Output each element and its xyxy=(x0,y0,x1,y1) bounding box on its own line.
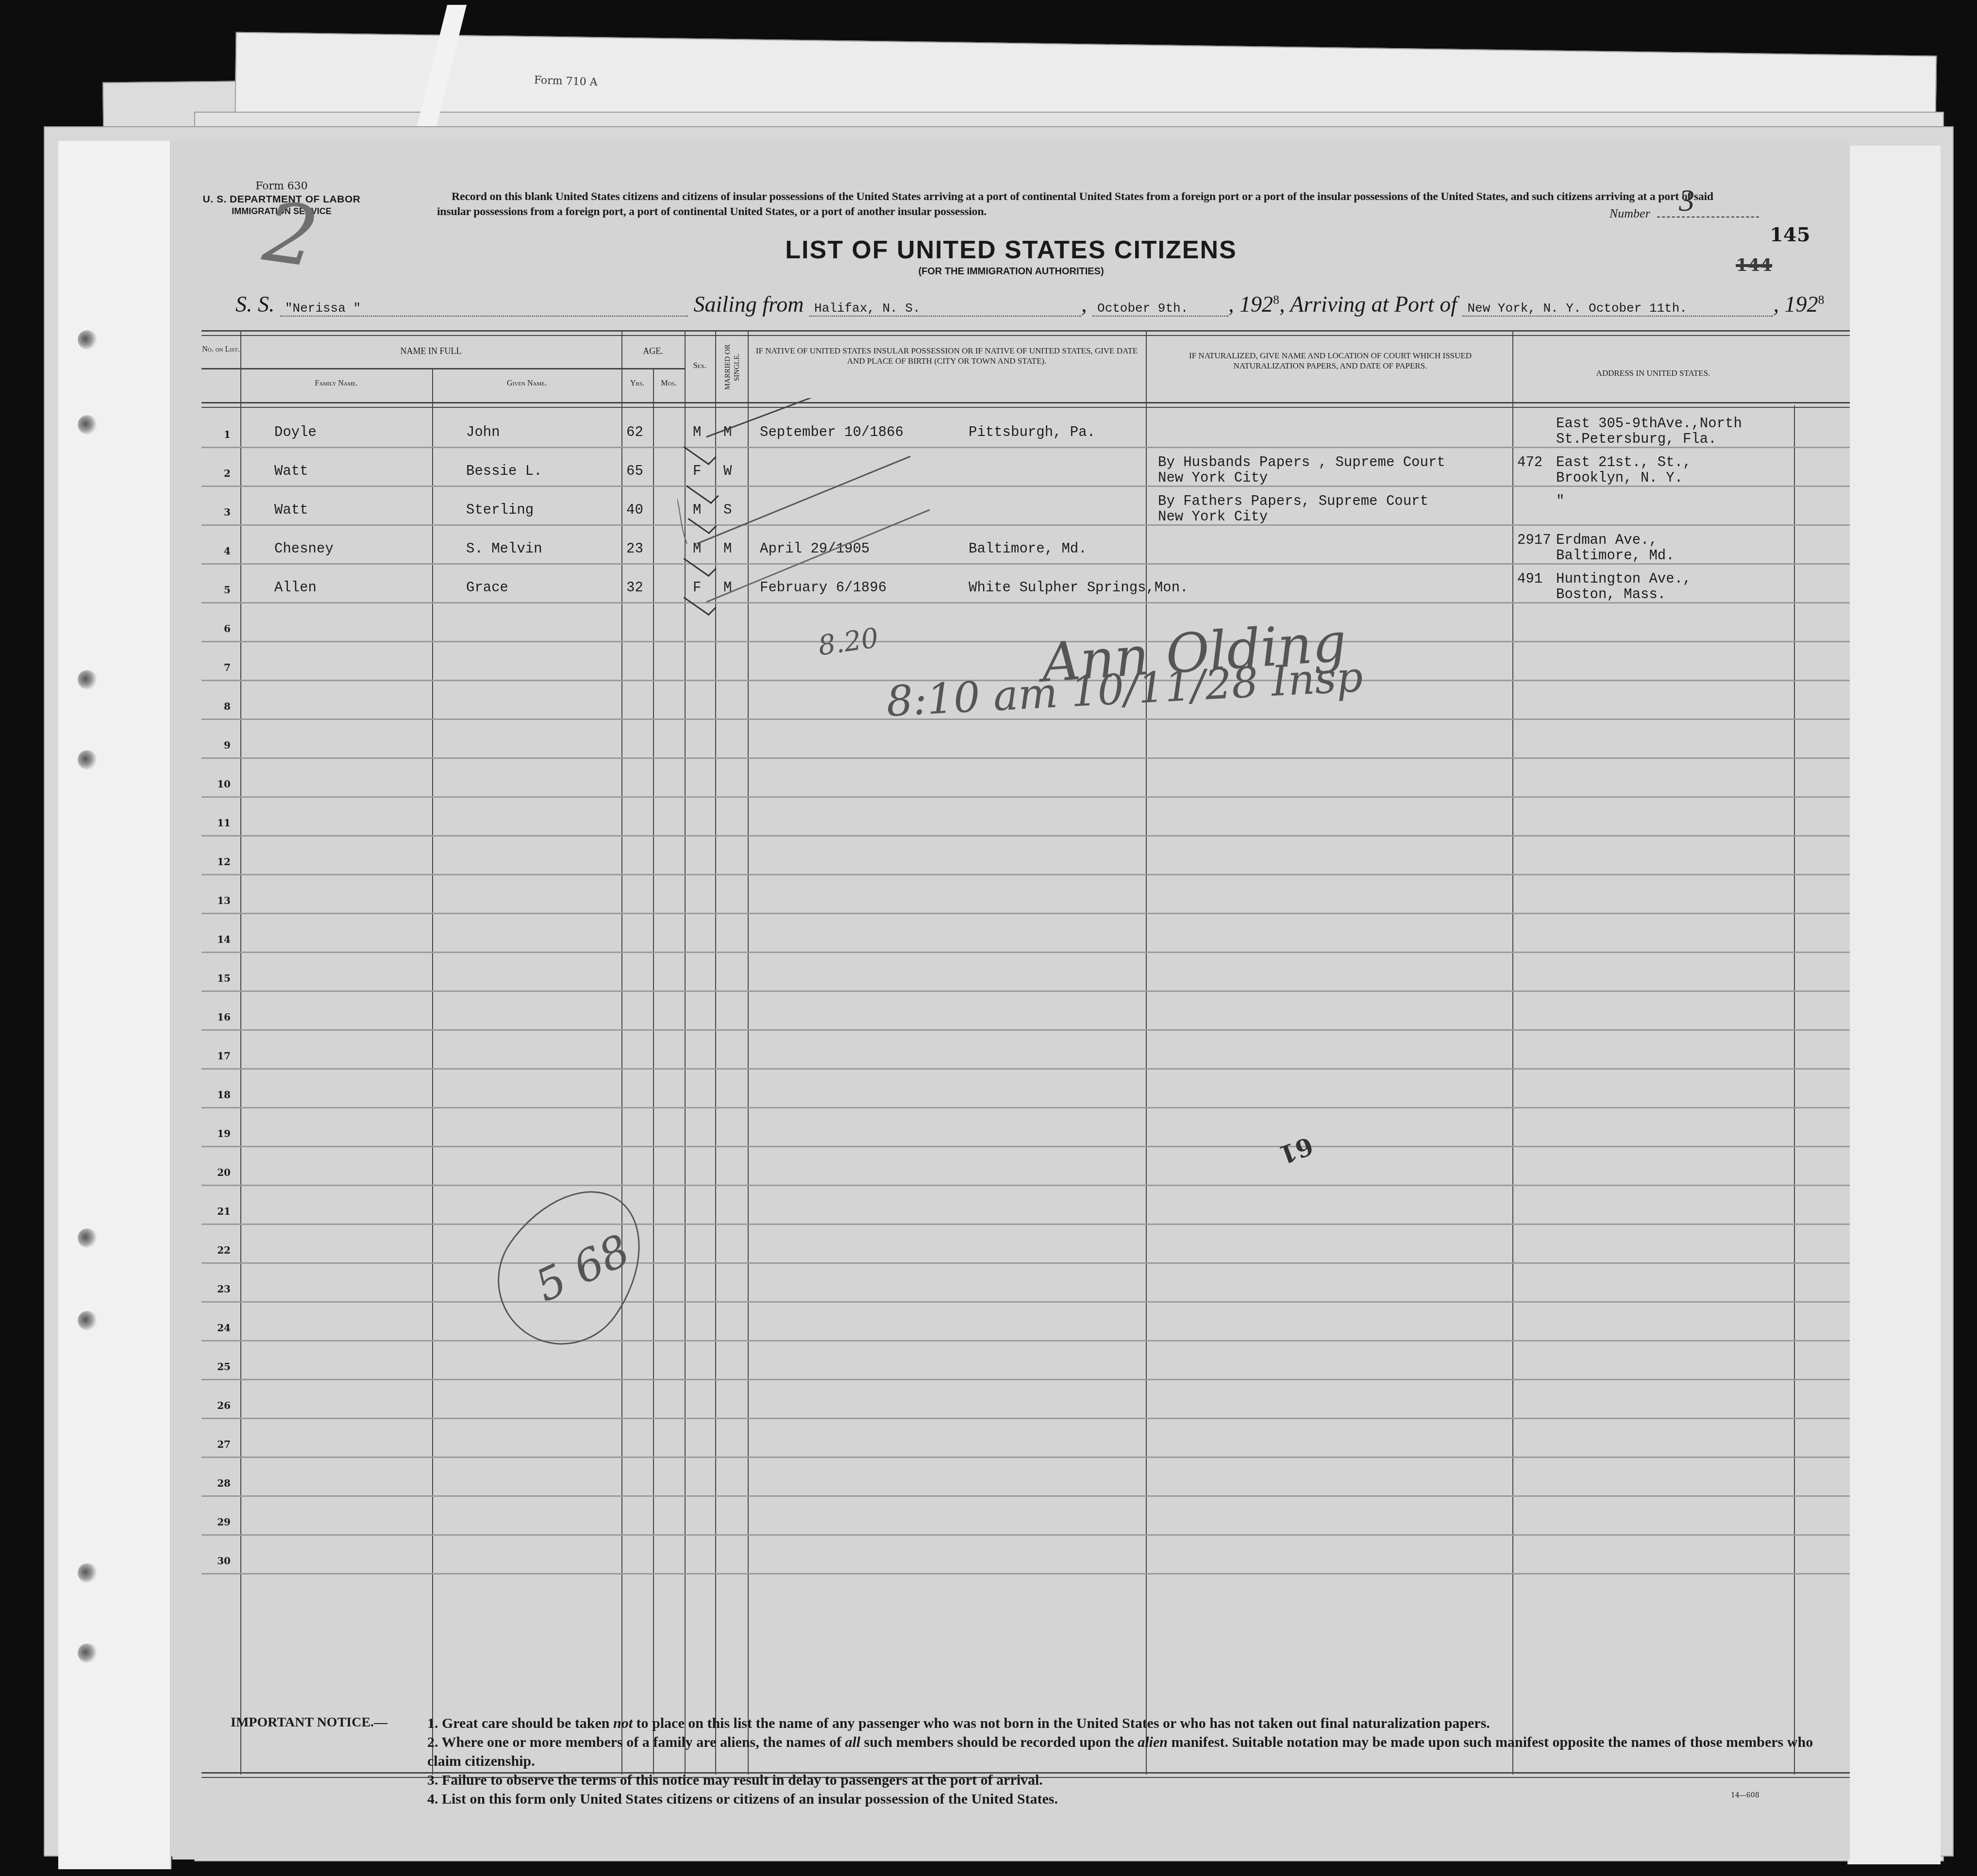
column-divider xyxy=(653,368,654,1775)
cell-naturalized-1: By Husbands Papers , Supreme Court xyxy=(1158,455,1445,470)
cell-yrs: 40 xyxy=(626,503,643,518)
header-sex: Sex. xyxy=(685,361,715,371)
cell-yrs: 62 xyxy=(626,425,643,440)
header-address: ADDRESS IN UNITED STATES. xyxy=(1512,368,1794,378)
row-number: 28 xyxy=(206,1477,231,1489)
binding-strip xyxy=(58,141,171,1869)
cell-yrs: 32 xyxy=(626,581,643,595)
cell-naturalized-2: New York City xyxy=(1158,471,1268,486)
row-number: 5 xyxy=(206,584,231,596)
arriving-label: Arriving at Port of xyxy=(1290,292,1457,317)
cell-family: Doyle xyxy=(274,425,317,440)
header-married-or-single: Married or Single. xyxy=(723,337,742,398)
right-margin-strip xyxy=(1847,146,1941,1864)
cell-given: S. Melvin xyxy=(466,542,542,556)
row-number: 3 xyxy=(206,506,231,518)
row-number: 18 xyxy=(206,1089,231,1101)
row-rule xyxy=(201,757,1850,759)
row-number: 17 xyxy=(206,1050,231,1062)
header-mos: Mos. xyxy=(653,379,685,388)
row-rule xyxy=(201,796,1850,798)
punch-hole xyxy=(78,1563,97,1583)
row-rule xyxy=(201,641,1850,642)
row-rule xyxy=(201,952,1850,953)
page-title: LIST OF UNITED STATES CITIZENS xyxy=(172,235,1850,265)
cell-yrs: 23 xyxy=(626,542,643,556)
row-rule xyxy=(201,1534,1850,1536)
row-number: 23 xyxy=(206,1283,231,1295)
cell-addr-1: " xyxy=(1556,494,1564,509)
stamp-number: 61 xyxy=(1275,1131,1317,1170)
row-rule xyxy=(201,835,1850,837)
row-rule xyxy=(201,913,1850,914)
pencil-strokes xyxy=(677,398,1046,631)
form-instructions: Record on this blank United States citiz… xyxy=(437,189,1719,219)
sailing-from-label: Sailing from xyxy=(694,292,804,317)
header-yrs: Yrs. xyxy=(621,379,653,388)
cell-given: John xyxy=(466,425,500,440)
row-rule xyxy=(201,1262,1850,1264)
header-subrule xyxy=(201,368,685,369)
notice-item: 2. Where one or more members of a family… xyxy=(427,1733,1835,1771)
notice-lead: IMPORTANT NOTICE.— xyxy=(231,1714,387,1731)
cell-addr-2: Boston, Mass. xyxy=(1556,587,1666,602)
row-number: 12 xyxy=(206,856,231,868)
punch-hole xyxy=(78,1311,97,1330)
row-number: 2 xyxy=(206,468,231,479)
header-family-name: Family Name. xyxy=(240,379,432,388)
row-rule xyxy=(201,990,1850,992)
row-rule xyxy=(201,1068,1850,1070)
row-number: 9 xyxy=(206,739,231,751)
header-no-on-list: No. on List. xyxy=(201,345,240,354)
arrival-year: 1928 xyxy=(1784,292,1824,317)
voyage-details: S. S. "Nerissa " Sailing from Halifax, N… xyxy=(235,291,1838,317)
sailing-year: 1928 xyxy=(1240,292,1279,317)
row-number: 11 xyxy=(206,817,231,829)
row-number: 16 xyxy=(206,1011,231,1023)
cell-family: Watt xyxy=(274,503,308,518)
cell-given: Sterling xyxy=(466,503,534,518)
sheet-number-value: 3 xyxy=(1679,183,1694,218)
punch-hole xyxy=(78,1228,97,1248)
citizen-manifest-form: Form 630 U. S. DEPARTMENT OF LABOR IMMIG… xyxy=(172,141,1850,1859)
arrival-port-date: New York, N. Y. October 11th. xyxy=(1462,301,1773,317)
row-number: 20 xyxy=(206,1167,231,1178)
column-divider xyxy=(1794,405,1795,1775)
cell-addr-num: 2917 xyxy=(1517,533,1551,548)
row-number: 25 xyxy=(206,1361,231,1373)
sailing-from-port: Halifax, N. S. xyxy=(809,301,1081,317)
notice-item: 4. List on this form only United States … xyxy=(427,1790,1835,1809)
header-birth: IF NATIVE OF UNITED STATES INSULAR POSSE… xyxy=(755,346,1139,367)
cell-addr-1: East 21st., St., xyxy=(1556,455,1691,470)
punch-hole xyxy=(78,330,97,350)
punch-hole xyxy=(78,750,97,770)
row-number: 26 xyxy=(206,1400,231,1411)
ship-name: "Nerissa " xyxy=(280,301,688,317)
cell-addr-2: Baltimore, Md. xyxy=(1556,549,1675,563)
header-name-in-full: NAME IN FULL xyxy=(240,346,621,357)
row-rule xyxy=(201,1495,1850,1497)
cell-naturalized-1: By Fathers Papers, Supreme Court xyxy=(1158,494,1428,509)
column-divider xyxy=(1512,330,1513,1775)
notice-item: 3. Failure to observe the terms of this … xyxy=(427,1771,1835,1790)
row-rule xyxy=(201,1301,1850,1303)
row-number: 30 xyxy=(206,1555,231,1567)
cell-addr-2: Brooklyn, N. Y. xyxy=(1556,471,1683,486)
row-rule xyxy=(201,1107,1850,1108)
cell-naturalized-2: New York City xyxy=(1158,510,1268,524)
cell-yrs: 65 xyxy=(626,464,643,479)
row-number: 22 xyxy=(206,1244,231,1256)
column-divider xyxy=(1146,330,1147,1775)
cell-given: Bessie L. xyxy=(466,464,542,479)
cell-addr-num: 491 xyxy=(1517,572,1542,586)
row-number: 24 xyxy=(206,1322,231,1334)
row-rule xyxy=(201,1146,1850,1147)
row-rule xyxy=(201,1185,1850,1186)
row-number: 4 xyxy=(206,545,231,557)
row-number: 19 xyxy=(206,1128,231,1139)
cell-addr-1: Huntington Ave., xyxy=(1556,572,1691,586)
row-rule xyxy=(201,1379,1850,1380)
row-number: 8 xyxy=(206,701,231,712)
table-top-rule xyxy=(201,330,1850,336)
row-number: 27 xyxy=(206,1439,231,1450)
punch-hole xyxy=(78,670,97,689)
page-subtitle: (FOR THE IMMIGRATION AUTHORITIES) xyxy=(172,266,1850,277)
column-divider xyxy=(432,368,433,1775)
cell-given: Grace xyxy=(466,581,508,595)
cell-addr-2: St.Petersburg, Fla. xyxy=(1556,432,1717,447)
row-number: 14 xyxy=(206,934,231,945)
header-age: AGE. xyxy=(621,346,685,357)
row-number: 1 xyxy=(206,429,231,440)
row-rule xyxy=(201,1223,1850,1225)
header-given-name: Given Name. xyxy=(432,379,621,388)
ss-label: S. S. xyxy=(235,292,275,317)
punch-hole xyxy=(78,415,97,435)
cell-family: Allen xyxy=(274,581,317,595)
column-divider xyxy=(621,330,622,1775)
notice-item: 1. Great care should be taken not to pla… xyxy=(427,1714,1835,1733)
row-rule xyxy=(201,1340,1850,1341)
row-rule xyxy=(201,1418,1850,1419)
number-label: Number xyxy=(1609,206,1650,220)
row-rule xyxy=(201,1573,1850,1574)
cell-family: Watt xyxy=(274,464,308,479)
cell-addr-1: Erdman Ave., xyxy=(1556,533,1658,548)
cell-addr-1: East 305-9thAve.,North xyxy=(1556,417,1742,431)
row-number: 6 xyxy=(206,623,231,635)
sailing-date: October 9th. xyxy=(1092,301,1228,317)
header-naturalized: IF NATURALIZED, GIVE NAME AND LOCATION O… xyxy=(1156,351,1505,371)
row-rule xyxy=(201,874,1850,875)
cell-addr-num: 472 xyxy=(1517,455,1542,470)
row-number: 13 xyxy=(206,895,231,906)
print-code: 14—608 xyxy=(1731,1792,1759,1799)
notice-list: 1. Great care should be taken not to pla… xyxy=(427,1714,1835,1809)
background-form-label: Form 710 A xyxy=(534,74,598,89)
row-number: 29 xyxy=(206,1516,231,1528)
row-rule xyxy=(201,1457,1850,1458)
cell-family: Chesney xyxy=(274,542,334,556)
sheet-number-field: Number 3 xyxy=(1609,206,1759,221)
row-number: 10 xyxy=(206,778,231,790)
row-number: 21 xyxy=(206,1206,231,1217)
row-number: 7 xyxy=(206,662,231,673)
row-number: 15 xyxy=(206,972,231,984)
column-divider xyxy=(240,330,241,1775)
punch-hole xyxy=(78,1643,97,1663)
row-rule xyxy=(201,1029,1850,1031)
